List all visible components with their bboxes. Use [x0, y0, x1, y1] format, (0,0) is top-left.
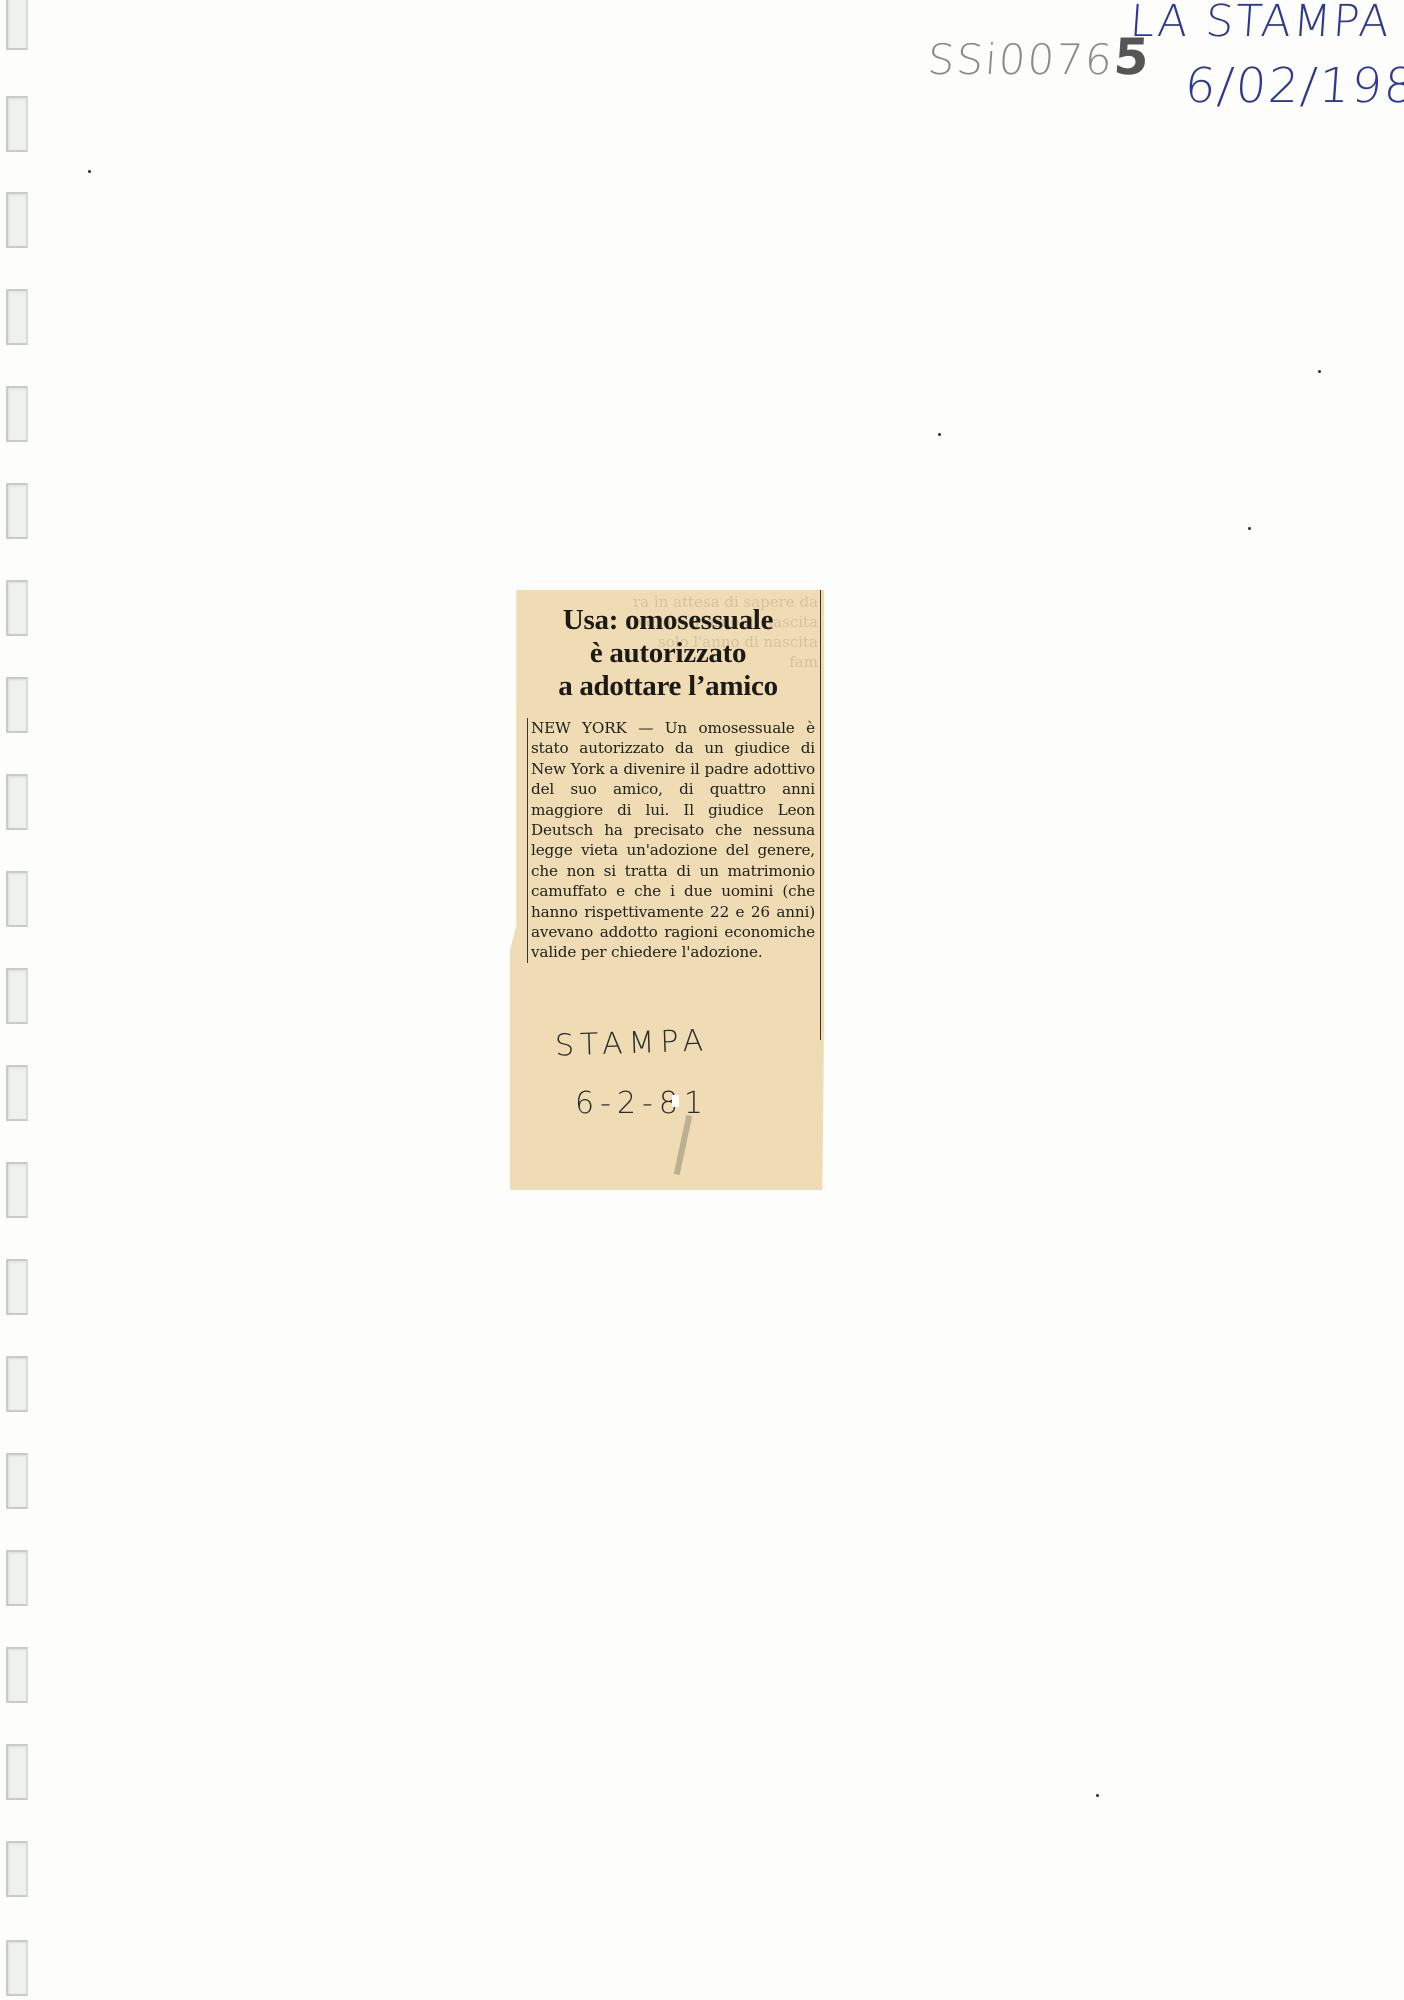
binding-hole	[6, 96, 28, 152]
binding-hole	[6, 968, 28, 1024]
headline-line: Usa: omosessuale	[522, 604, 814, 637]
source-name-annotation: LA STAMPA	[1128, 0, 1392, 47]
binding-hole	[6, 386, 28, 442]
binding-hole	[6, 192, 28, 248]
dust-speck	[1318, 370, 1321, 373]
binding-hole	[6, 483, 28, 539]
binding-hole	[6, 1356, 28, 1412]
binding-hole	[6, 1940, 28, 1996]
article-body: NEW YORK — Un omosessuale è stato autori…	[527, 718, 815, 963]
binding-hole	[6, 677, 28, 733]
pencil-mark	[674, 1115, 692, 1175]
archive-id-annotation: SSi00765	[926, 28, 1153, 86]
binding-hole	[6, 289, 28, 345]
binding-hole	[6, 580, 28, 636]
binding-hole	[6, 1841, 28, 1897]
binding-hole	[6, 1162, 28, 1218]
binding-hole	[6, 774, 28, 830]
column-rule	[820, 590, 822, 1040]
handwritten-source-note: STAMPA	[554, 1023, 709, 1063]
dust-speck	[1248, 527, 1251, 530]
source-date-annotation: 6/02/1981	[1183, 58, 1404, 114]
binding-hole	[6, 1259, 28, 1315]
article-headline: Usa: omosessuale è autorizzato a adottar…	[522, 604, 814, 703]
dust-speck	[1096, 1794, 1099, 1797]
newspaper-clipping: ra in attesa di sapere da vero il giorno…	[510, 590, 824, 1190]
binding-hole	[6, 0, 28, 50]
binding-hole	[6, 1550, 28, 1606]
binding-hole	[6, 1647, 28, 1703]
headline-line: è autorizzato	[522, 637, 814, 670]
binding-hole	[6, 1065, 28, 1121]
paper-tear	[672, 1095, 679, 1107]
headline-line: a adottare l’amico	[522, 670, 814, 703]
archive-id-prefix: SSi0076	[926, 35, 1115, 84]
binding-hole	[6, 1744, 28, 1800]
dust-speck	[88, 170, 91, 173]
binding-hole	[6, 1453, 28, 1509]
dust-speck	[938, 433, 941, 436]
binding-hole	[6, 871, 28, 927]
